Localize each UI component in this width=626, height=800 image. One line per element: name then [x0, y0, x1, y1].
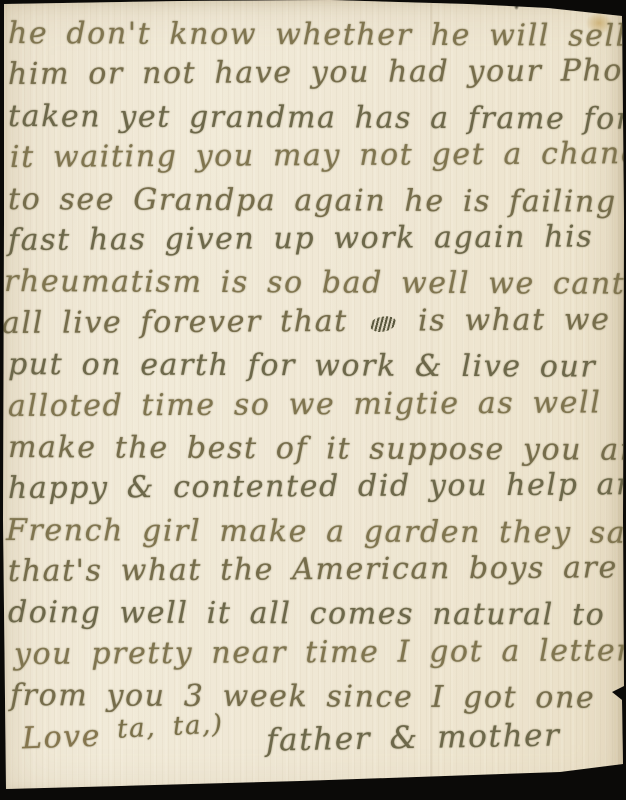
letter-line-with-crossout: all live forever that is what we are [2, 299, 626, 344]
signature-tata: ta, ta,) [116, 709, 224, 745]
letter-line: it waiting you may not get a chance [10, 133, 626, 178]
signature-love: Love [21, 718, 101, 756]
letter-line: him or not have you had your Photo [8, 51, 626, 96]
letter-line: you pretty near time I got a letter [14, 630, 626, 675]
signature-names: father & mother [265, 717, 560, 758]
scribbled-out-word [369, 315, 397, 333]
letter-body: he don't know whether he will sell him o… [0, 0, 626, 763]
letter-signature: Love ta, ta,) father & mother [8, 717, 626, 763]
letter-line: that's what the American boys are [8, 547, 626, 592]
letter-line: alloted time so we migtie as well [8, 382, 626, 427]
letter-text: is what we are [418, 302, 626, 339]
letter-line: fast has given up work again his [8, 216, 626, 261]
scanned-letter: he don't know whether he will sell him o… [0, 0, 626, 800]
letter-line: put on earth for work & live our [8, 344, 626, 388]
letter-paper: he don't know whether he will sell him o… [0, 0, 626, 800]
letter-line: from you 3 week since I got one [10, 675, 626, 719]
letter-line: happy & contented did you help any [8, 465, 626, 510]
letter-text: all live forever that [2, 304, 348, 341]
